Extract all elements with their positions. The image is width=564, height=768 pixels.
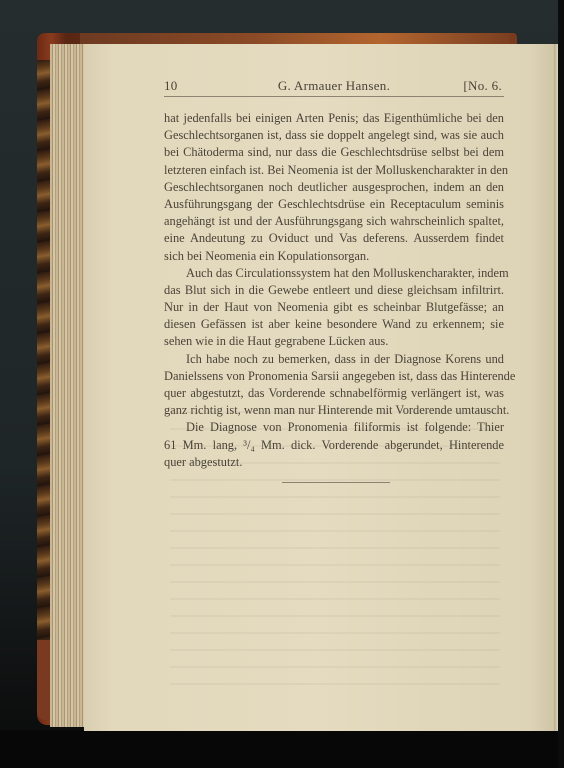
page-stack-edges	[50, 44, 86, 727]
paragraph: hat jedenfalls bei einigen Arten Penis; …	[164, 110, 504, 265]
paragraph: Auch das Circulationssystem hat den Moll…	[164, 265, 504, 351]
text-line: Auch das Circulationssystem hat den Moll…	[164, 265, 504, 282]
body-text: hat jedenfalls bei einigen Arten Penis; …	[164, 110, 504, 471]
page-text-block: 10 G. Armauer Hansen. [No. 6. hat jedenf…	[164, 78, 504, 471]
text-line: hat jedenfalls bei einigen Arten Penis; …	[164, 110, 504, 127]
paragraph: Die Diagnose von Pronomenia filiformis i…	[164, 419, 504, 471]
text-line: diesen Gefässen ist aber keine besondere…	[164, 316, 504, 333]
text-line: Geschlechtsorganen ist, dass sie doppelt…	[164, 127, 504, 144]
text-line: Nur in der Haut von Neomenia gibt es sch…	[164, 299, 504, 316]
text-line: angehängt ist und der Ausführungsgang si…	[164, 213, 504, 230]
paragraph: Ich habe noch zu bemerken, dass in der D…	[164, 351, 504, 420]
running-head: 10 G. Armauer Hansen. [No. 6.	[164, 78, 504, 96]
text-line: quer abgestutzt, das Vorderende schnabel…	[164, 385, 504, 402]
section-end-rule	[282, 482, 390, 483]
text-line: Ausführungsgang der Geschlechtsdrüse ein…	[164, 196, 504, 213]
text-line: Danielssens von Pronomenia Sarsii angege…	[164, 368, 504, 385]
right-dark-border	[558, 0, 564, 768]
text-line: 61 Mm. lang, ³/₄ Mm. dick. Vorderende ab…	[164, 437, 504, 454]
text-line: das Blut sich in die Gewebe entleert und…	[164, 282, 504, 299]
header-rule	[164, 96, 504, 97]
text-line: Geschlechtsorganen noch deutlicher ausge…	[164, 179, 504, 196]
text-line: ganz richtig ist, wenn man nur Hinterend…	[164, 402, 504, 419]
text-line: sehen wie in die Haut gegrabene Lücken a…	[164, 333, 504, 350]
text-line: bei Chätoderma sind, nur dass die Geschl…	[164, 144, 504, 161]
scanned-book-scene: 10 G. Armauer Hansen. [No. 6. hat jedenf…	[0, 0, 564, 768]
text-line: letzteren einfach ist. Bei Neomenia ist …	[164, 162, 504, 179]
text-line: Ich habe noch zu bemerken, dass in der D…	[164, 351, 504, 368]
text-line: quer abgestutzt.	[164, 454, 504, 471]
issue-number: [No. 6.	[463, 78, 502, 94]
text-line: Die Diagnose von Pronomenia filiformis i…	[164, 419, 504, 436]
bottom-shadow	[0, 730, 564, 768]
text-line: sich bei Neomenia ein Kopulationsorgan.	[164, 248, 504, 265]
marbled-binding	[37, 60, 51, 640]
running-title: G. Armauer Hansen.	[164, 78, 504, 94]
text-line: eine Andeutung zu Oviduct und Vas defere…	[164, 230, 504, 247]
